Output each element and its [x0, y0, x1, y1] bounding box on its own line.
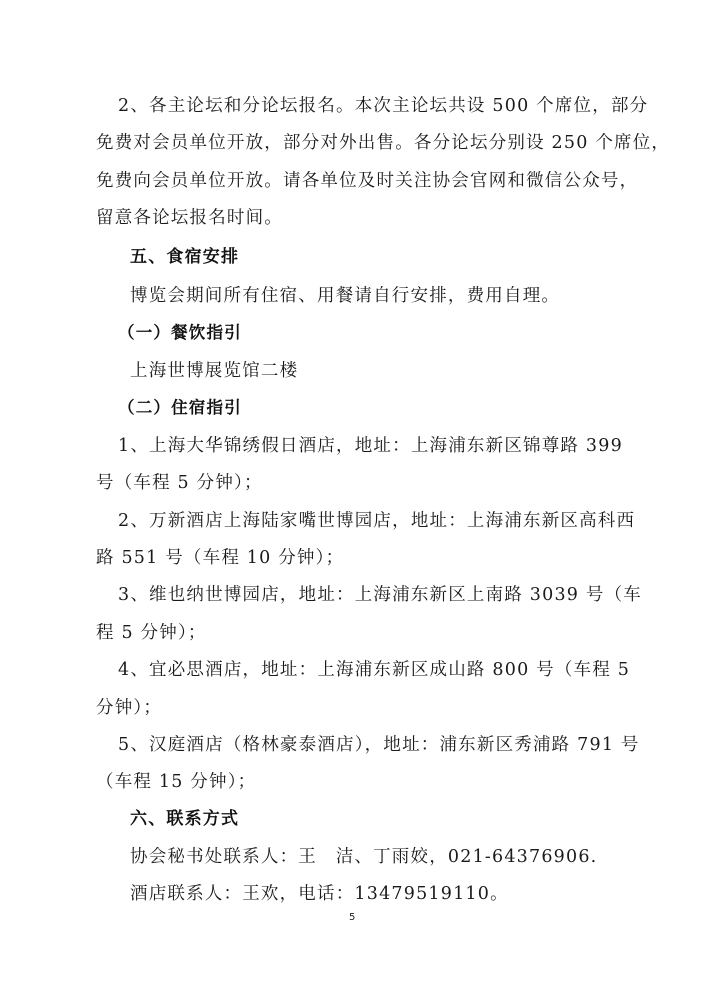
hotel-1-line-1: 1、上海大华锦绣假日酒店，地址：上海浦东新区锦尊路 399	[118, 435, 623, 457]
section-heading-contact: 六、联系方式	[130, 808, 239, 830]
contact-hotel: 酒店联系人：王欢，电话：13479519110。	[130, 883, 509, 905]
registration-line-2: 免费对会员单位开放，部分对外出售。各分论坛分别设 250 个席位，	[96, 132, 670, 154]
hotel-2-line-2: 路 551 号（车程 10 分钟）；	[96, 547, 344, 569]
hotel-5-line-1: 5、汉庭酒店（格林豪泰酒店），地址：浦东新区秀浦路 791 号	[118, 734, 640, 756]
hotel-2-line-1: 2、万新酒店上海陆家嘴世博园店，地址：上海浦东新区高科西	[118, 510, 635, 532]
contact-association: 协会秘书处联系人：王 洁、丁雨姣，021-64376906.	[130, 846, 597, 868]
hotel-4-line-1: 4、宜必思酒店，地址：上海浦东新区成山路 800 号（车程 5	[118, 659, 630, 681]
registration-line-4: 留意各论坛报名时间。	[96, 207, 283, 229]
section-heading-accommodation: 五、食宿安排	[130, 246, 239, 268]
subheading-dining: （一）餐饮指引	[118, 322, 242, 344]
page-number: 5	[349, 912, 355, 923]
hotel-3-line-2: 程 5 分钟）；	[96, 622, 207, 644]
accommodation-intro: 博览会期间所有住宿、用餐请自行安排，费用自理。	[130, 285, 560, 307]
hotel-4-line-2: 分钟）；	[96, 697, 162, 719]
subheading-lodging: （二）住宿指引	[118, 397, 242, 419]
document-page: 2、各主论坛和分论坛报名。本次主论坛共设 500 个席位，部分 免费对会员单位开…	[0, 0, 707, 1000]
hotel-3-line-1: 3、维也纳世博园店，地址：上海浦东新区上南路 3039 号（车	[118, 584, 642, 606]
registration-line-1: 2、各主论坛和分论坛报名。本次主论坛共设 500 个席位，部分	[118, 95, 648, 117]
registration-line-3: 免费向会员单位开放。请各单位及时关注协会官网和微信公众号，	[96, 170, 638, 192]
hotel-1-line-2: 号（车程 5 分钟）；	[96, 472, 263, 494]
dining-location: 上海世博展览馆二楼	[130, 360, 298, 382]
hotel-5-line-2: （车程 15 分钟）；	[96, 771, 256, 793]
